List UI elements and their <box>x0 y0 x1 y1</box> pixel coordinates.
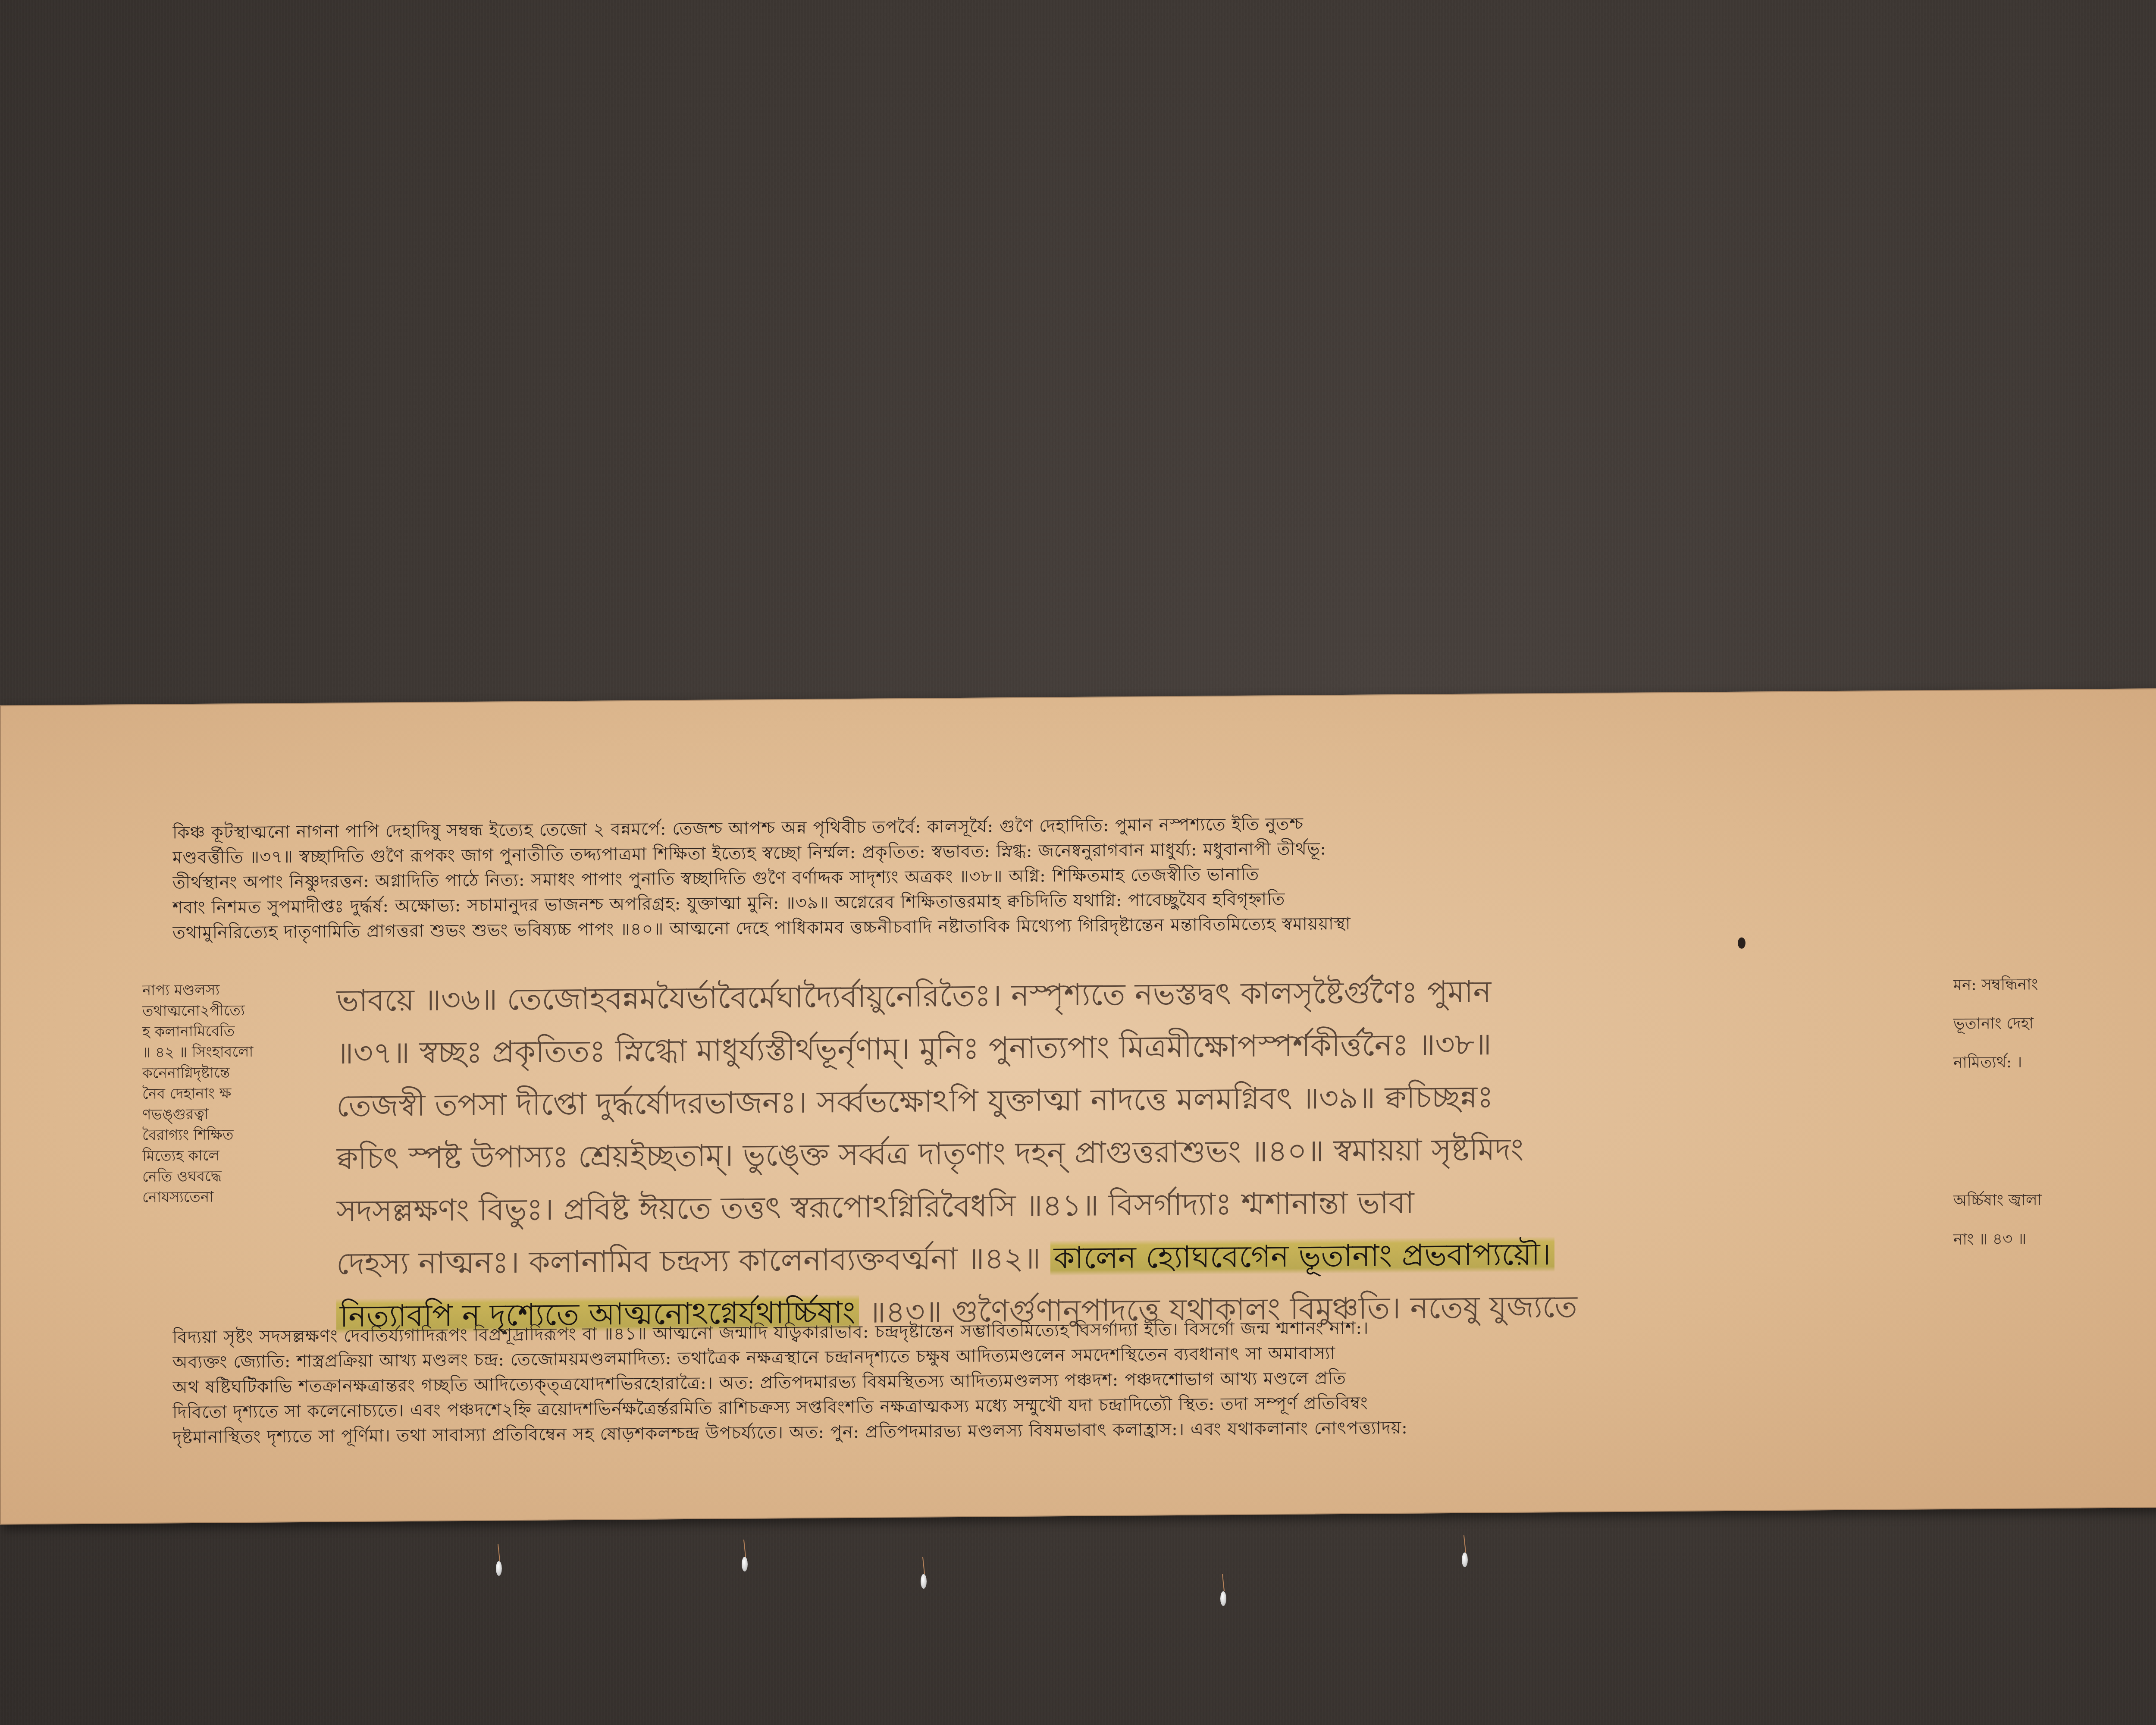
margin-note-line: মন: সম্বন্ধিনাং <box>1953 965 2134 1005</box>
margin-note-line: তথাত্মনো২পীত্যে <box>142 1000 323 1022</box>
margin-note-line: অর্চ্চিষাং জ্বালা <box>1953 1180 2134 1220</box>
top-commentary: কিঞ্চ কূটস্থাত্মনো নাগনা পাপি দেহাদিষু স… <box>172 806 2061 945</box>
margin-note-line: হ কলানামিবেতি <box>142 1020 323 1042</box>
margin-note-line: নাং ॥ ৪৩ ॥ <box>1953 1219 2134 1259</box>
left-margin-notes: নাপ্য মণ্ডলস্য তথাত্মনো২পীত্যে হ কলানামি… <box>142 979 323 1208</box>
mounting-pin <box>921 1574 927 1589</box>
mounting-pin <box>496 1561 502 1576</box>
margin-note-line: কনেনাগ্নিদৃষ্টান্তে <box>142 1062 323 1084</box>
manuscript-folio: কিঞ্চ কূটস্থাত্মনো নাগনা পাপি দেহাদিষু স… <box>0 688 2156 1525</box>
highlighted-verse-segment: কালেন হ্যোঘবেগেন ভূতানাং প্রভবাপ্যয়ৌ। <box>1050 1236 1554 1276</box>
bottom-commentary: বিদ্যয়া সৃষ্টং সদসল্লক্ষণং দেবতির্য্যগা… <box>172 1310 2061 1450</box>
mounting-pin <box>1462 1552 1468 1567</box>
margin-note-line: নাপ্য মণ্ডলস্য <box>142 979 323 1001</box>
margin-note-line: নোযস্যতেনা <box>142 1186 323 1208</box>
main-verse-text: ভাবয়ে ॥৩৬॥ তেজোহবন্নমযৈর্ভাবৈর্মেঘাদ্যৈ… <box>336 962 1889 1342</box>
margin-note-line: নৈব দেহানাং ক্ষ <box>142 1082 323 1104</box>
right-margin-notes-top: মন: সম্বন্ধিনাং ভূতানাং দেহা নামিত্যর্থ:… <box>1953 965 2134 1082</box>
margin-note-line: ॥ ৪২ ॥ সিংহাবলো <box>142 1041 323 1063</box>
ink-spot <box>1738 938 1745 949</box>
margin-note-line: ণভঙ্গুরত্বা <box>142 1103 323 1125</box>
margin-note-line: বৈরাগ্যং শিক্ষিত <box>142 1124 323 1146</box>
mounting-pin <box>1220 1591 1226 1606</box>
margin-note-line: নেতি ওঘবদ্ধে <box>142 1165 323 1187</box>
margin-note-line: মিত্যেহ কালে <box>142 1145 323 1167</box>
margin-note-line: ভূতানাং দেহা <box>1953 1004 2134 1044</box>
verse-segment: দেহস্য নাত্মনঃ। কলানামিব চন্দ্রস্য কালেন… <box>336 1241 1040 1282</box>
margin-note-line: নামিত্যর্থ: । <box>1953 1042 2134 1082</box>
right-margin-notes-bottom: অর্চ্চিষাং জ্বালা নাং ॥ ৪৩ ॥ <box>1953 1180 2134 1259</box>
mounting-pin <box>742 1557 748 1571</box>
